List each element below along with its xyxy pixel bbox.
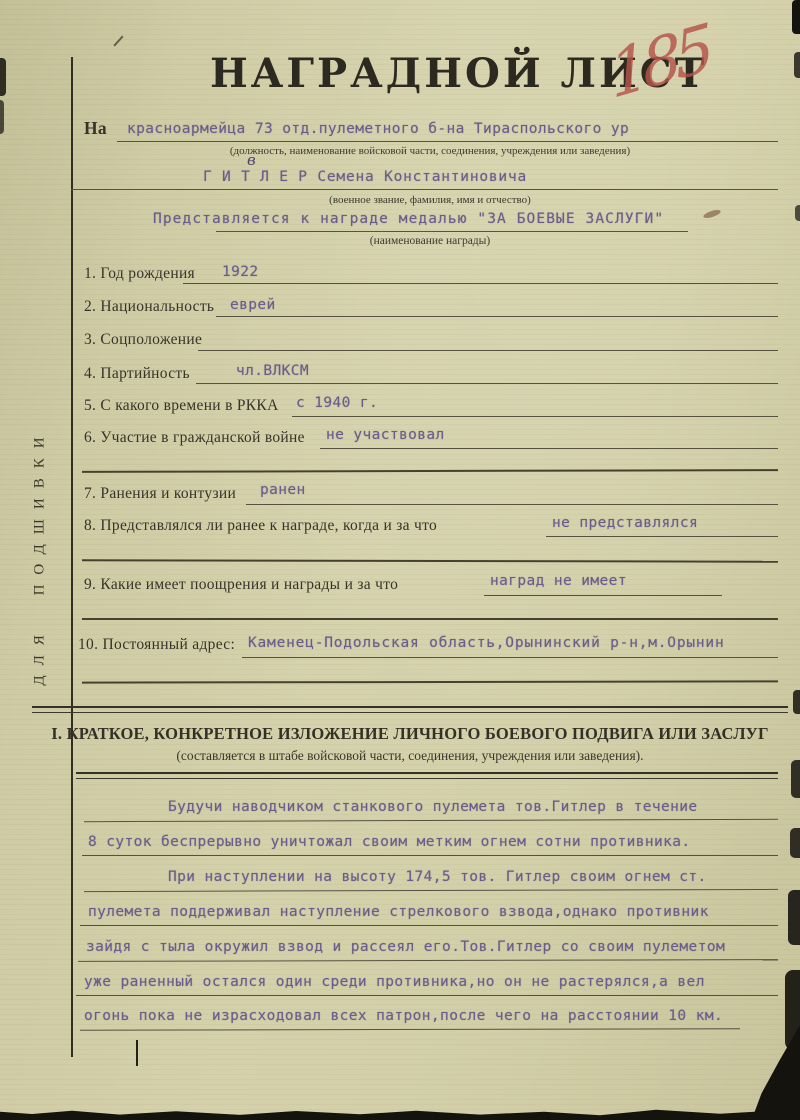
- field-underline: [198, 350, 778, 351]
- field-underline: [484, 595, 722, 596]
- section-caption: (составляется в штабе войсковой части, с…: [40, 748, 780, 764]
- award-caption: (наименование награды): [280, 235, 580, 247]
- field-label: 1. Год рождения: [84, 265, 195, 283]
- section-divider-top: [32, 706, 788, 713]
- document-title: НАГРАДНОЙ ЛИСТ: [210, 50, 650, 97]
- award-line: Представляется к награде медалью "ЗА БОЕ…: [153, 211, 664, 227]
- field-label: 6. Участие в гражданской войне: [84, 429, 305, 447]
- field-underline: [320, 448, 778, 449]
- scan-edge-right-6: [788, 890, 800, 945]
- unit-underline: [117, 141, 778, 142]
- field-label: 4. Партийность: [84, 365, 190, 383]
- field-label: 3. Соцположение: [84, 331, 202, 349]
- scan-edge-top-left: [0, 58, 6, 96]
- left-margin-rule: [71, 57, 73, 1057]
- scan-edge-right-3: [793, 690, 800, 714]
- scanned-award-document: { "page_number_handwritten": "185", "tit…: [0, 0, 800, 1120]
- field-label: 10. Постоянный адрес:: [78, 636, 235, 654]
- scan-edge-right-5: [790, 828, 800, 858]
- field-underline: [292, 416, 778, 417]
- scan-edge-right-2: [795, 205, 800, 221]
- field-underline: [246, 504, 778, 505]
- field-underline: [216, 316, 778, 317]
- na-label: На: [84, 118, 107, 139]
- scan-edge-right-4: [791, 760, 800, 798]
- scan-edge-top-left-2: [0, 100, 4, 134]
- body-line: огонь пока не израсходовал всех патрон,п…: [84, 1008, 723, 1024]
- body-line: пулемета поддерживал наступление стрелко…: [88, 904, 709, 920]
- field-value: наград не имеет: [490, 573, 627, 589]
- name-caption: (военное звание, фамилия, имя и отчество…: [230, 194, 630, 206]
- body-underline: [82, 855, 778, 856]
- field-value: ранен: [260, 482, 306, 498]
- stray-mark: [136, 1040, 138, 1066]
- award-underline: [216, 231, 688, 232]
- field-label: 9. Какие имеет поощрения и награды и за …: [84, 576, 398, 594]
- body-line: уже раненный остался один среди противни…: [84, 974, 705, 990]
- field-value: чл.ВЛКСМ: [236, 363, 309, 379]
- section-divider-bottom: [76, 772, 778, 779]
- field-label: 8. Представлялся ли ранее к награде, ког…: [84, 517, 437, 535]
- field-value: не участвовал: [326, 427, 445, 443]
- field-label: 7. Ранения и контузии: [84, 485, 236, 503]
- field-underline: [242, 657, 778, 658]
- continuation-line: [82, 618, 778, 620]
- body-line: Будучи наводчиком станкового пулемета то…: [168, 799, 698, 815]
- name-value: Г И Т Л Е Р Семена Константиновича: [203, 169, 527, 185]
- field-value: 1922: [222, 264, 259, 280]
- body-underline: [80, 925, 778, 926]
- unit-caption: (должность, наименование войсковой части…: [150, 145, 710, 157]
- field-underline: [546, 536, 778, 537]
- name-underline: [71, 189, 778, 190]
- body-underline: [76, 995, 778, 996]
- scan-edge-right-1: [794, 52, 800, 78]
- field-value: еврей: [230, 297, 276, 313]
- section-heading: I. КРАТКОЕ, КОНКРЕТНОЕ ИЗЛОЖЕНИЕ ЛИЧНОГО…: [40, 724, 780, 744]
- body-line: При наступлении на высоту 174,5 тов. Гит…: [168, 869, 707, 885]
- field-value: с 1940 г.: [296, 395, 378, 411]
- scan-edge-top-right: [792, 0, 800, 34]
- field-label: 5. С какого времени в РККА: [84, 397, 279, 415]
- name-correction: в: [247, 151, 256, 169]
- field-value: не представлялся: [552, 515, 698, 531]
- filing-margin-note: ДЛЯ ПОДШИВКИ: [32, 407, 49, 707]
- field-underline: [183, 283, 778, 284]
- field-label: 2. Национальность: [84, 298, 214, 316]
- field-underline: [196, 383, 778, 384]
- field-value: Каменец-Подольская область,Орынинский р-…: [248, 635, 725, 651]
- body-line: 8 суток беспрерывно уничтожал своим метк…: [88, 834, 691, 850]
- unit-value: красноармейца 73 отд.пулеметного б-на Ти…: [127, 121, 629, 137]
- body-line: зайдя с тыла окружил взвод и рассеял его…: [86, 939, 725, 955]
